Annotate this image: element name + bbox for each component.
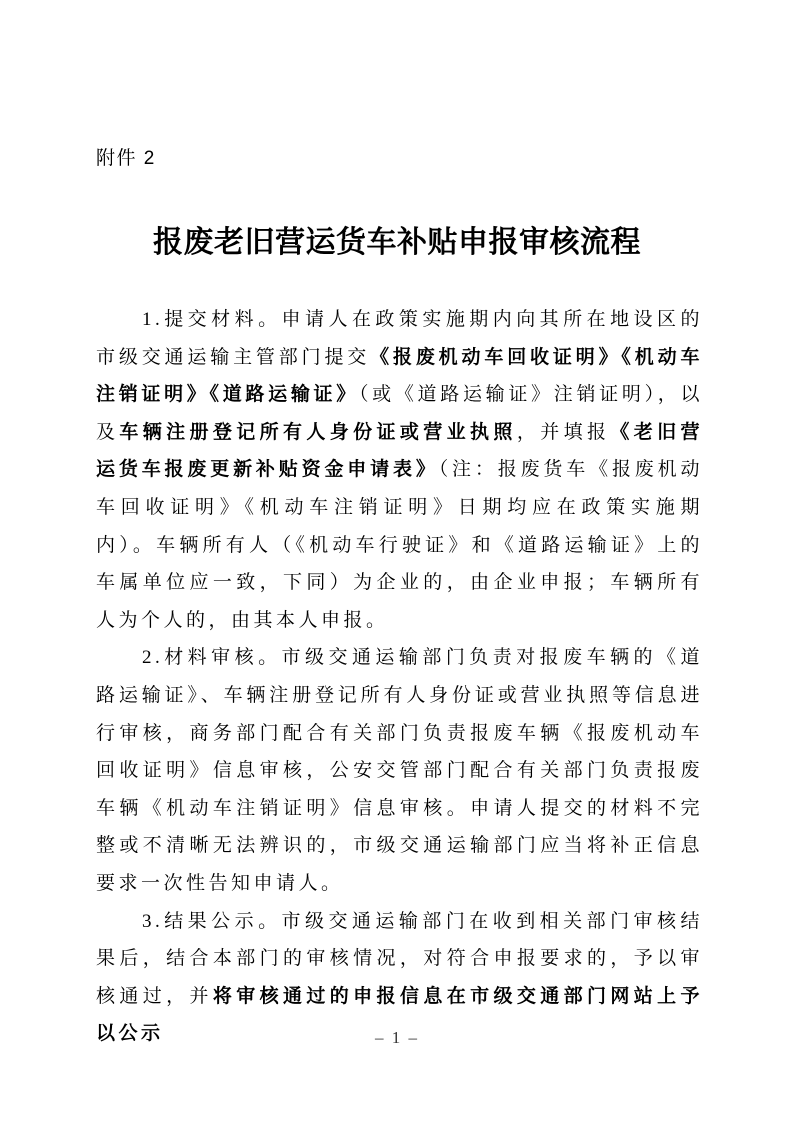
document-body: 1.提交材料。申请人在政策实施期内向其所在地设区的市级交通运输主管部门提交《报废… — [96, 301, 703, 1053]
text-run: ，并填报 — [517, 422, 611, 443]
document-title: 报废老旧营运货车补贴申报审核流程 — [0, 217, 794, 261]
paragraph-submit-materials: 1.提交材料。申请人在政策实施期内向其所在地设区的市级交通运输主管部门提交《报废… — [96, 301, 703, 639]
text-run: 车辆注册登记所有人身份证或营业执照 — [119, 422, 516, 443]
attachment-label: 附件 2 — [96, 143, 156, 170]
page-number: – 1 – — [375, 1028, 419, 1047]
document-page: 附件 2 报废老旧营运货车补贴申报审核流程 1.提交材料。申请人在政策实施期内向… — [0, 0, 794, 1122]
text-run: （注：报废货车《报废机动车回收证明》《机动车注销证明》日期均应在政策实施期内）。… — [96, 459, 703, 630]
page-footer: – 1 – — [0, 1028, 794, 1048]
text-run: 2.材料审核。市级交通运输部门负责对报废车辆的《道路运输证》、车辆注册登记所有人… — [96, 647, 703, 894]
paragraph-material-review: 2.材料审核。市级交通运输部门负责对报废车辆的《道路运输证》、车辆注册登记所有人… — [96, 639, 703, 902]
